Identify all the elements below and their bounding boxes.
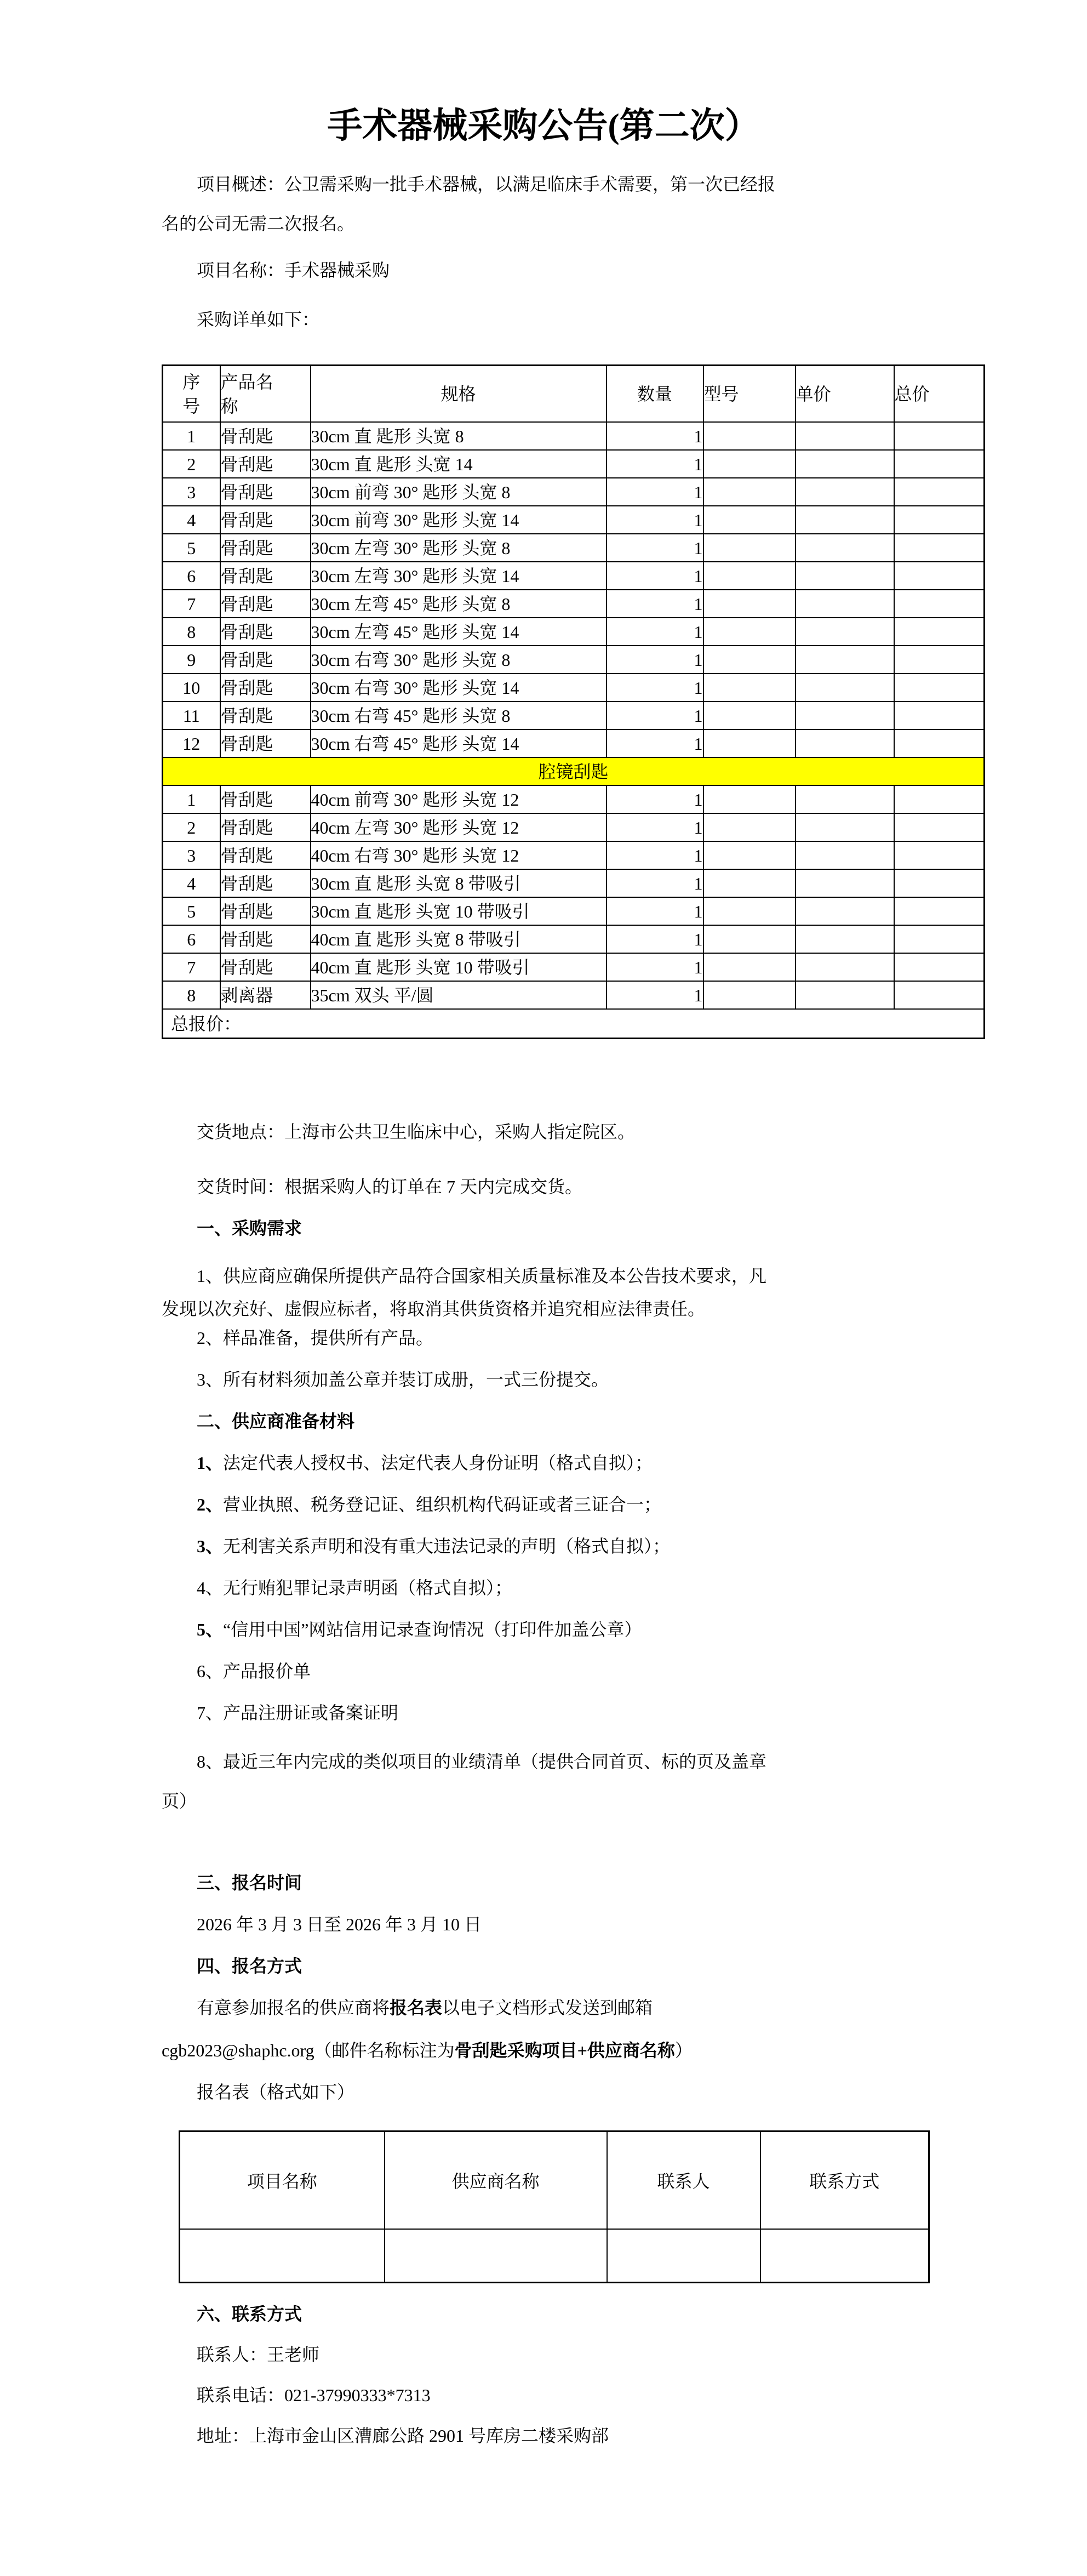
table-cell: [703, 953, 796, 981]
table-cell: [894, 953, 985, 981]
header-cell-unit-price: 单价: [796, 366, 894, 423]
table-cell: 剥离器: [220, 981, 311, 1009]
table-cell: 7: [163, 590, 220, 618]
header-cell-qty: 数量: [607, 366, 703, 423]
header-cell-no: 序 号: [163, 366, 220, 423]
table-cell: 30cm 左弯 30° 匙形 头宽 8: [311, 534, 607, 562]
table-cell: 30cm 直 匙形 头宽 14: [311, 450, 607, 478]
item-text-line1: 8、最近三年内完成的类似项目的业绩清单（提供合同首页、标的页及盖章: [197, 1752, 766, 1771]
header-cell-spec: 规格: [311, 366, 607, 423]
table-cell: [894, 590, 985, 618]
table-cell: [894, 422, 985, 450]
table-cell: 30cm 右弯 45° 匙形 头宽 14: [311, 730, 607, 757]
table-cell: 30cm 右弯 45° 匙形 头宽 8: [311, 702, 607, 730]
table-cell: 骨刮匙: [220, 674, 311, 702]
document-page: 手术器械采购公告(第二次） 项目概述：公卫需采购一批手术器械，以满足临床手术需要…: [0, 0, 1087, 2576]
table-cell: 5: [163, 534, 220, 562]
document-body: 项目概述：公卫需采购一批手术器械，以满足临床手术需要，第一次已经报名的公司无需二…: [0, 164, 1087, 2448]
table-cell: [894, 646, 985, 674]
section1-heading: 一、采购需求: [162, 1216, 983, 1241]
table-row: 6骨刮匙30cm 左弯 30° 匙形 头宽 141: [163, 562, 985, 590]
email-subject-emphasis: 骨刮匙采购项目+供应商名称: [455, 2041, 675, 2060]
instruction-text: 以电子文档形式发送到邮箱: [442, 1998, 653, 2018]
table-cell: 8: [163, 981, 220, 1009]
table-cell: [894, 478, 985, 506]
table-row: 8剥离器35cm 双头 平/圆1: [163, 981, 985, 1009]
table-cell: [796, 618, 894, 646]
table-cell: [894, 674, 985, 702]
item-text: 4、无行贿犯罪记录声明函（格式自拟）；: [197, 1578, 512, 1598]
signup-header-project: 项目名称: [180, 2132, 385, 2230]
table-cell: 1: [607, 841, 703, 869]
table-cell: [703, 562, 796, 590]
table-cell: [894, 702, 985, 730]
table-cell: [796, 646, 894, 674]
delivery-time: 交货时间：根据采购人的订单在 7 天内完成交货。: [162, 1174, 983, 1199]
table-cell: 5: [163, 897, 220, 925]
table-cell: 骨刮匙: [220, 785, 311, 813]
table-cell: [894, 897, 985, 925]
table-row: 5骨刮匙30cm 直 匙形 头宽 10 带吸引1: [163, 897, 985, 925]
table-row: 2骨刮匙30cm 直 匙形 头宽 141: [163, 450, 985, 478]
table-cell: [796, 478, 894, 506]
list-intro: 采购详单如下：: [162, 307, 983, 332]
table-cell: 1: [607, 422, 703, 450]
table-cell: 1: [607, 646, 703, 674]
table-cell: 40cm 直 匙形 头宽 10 带吸引: [311, 953, 607, 981]
table-cell: 30cm 左弯 30° 匙形 头宽 14: [311, 562, 607, 590]
table-cell: [796, 813, 894, 841]
table-row: 7骨刮匙30cm 左弯 45° 匙形 头宽 81: [163, 590, 985, 618]
table-row: 3骨刮匙30cm 前弯 30° 匙形 头宽 81: [163, 478, 985, 506]
table-row: 10骨刮匙30cm 右弯 30° 匙形 头宽 141: [163, 674, 985, 702]
table-section-2: 1骨刮匙40cm 前弯 30° 匙形 头宽 1212骨刮匙40cm 左弯 30°…: [163, 785, 985, 1009]
table-row: 6骨刮匙40cm 直 匙形 头宽 8 带吸引1: [163, 925, 985, 953]
section4-heading: 四、报名方式: [162, 1953, 983, 1979]
table-cell: [703, 730, 796, 757]
section2-item-5: 5、“信用中国”网站信用记录查询情况（打印件加盖公章）: [162, 1617, 983, 1642]
table-cell: 1: [607, 590, 703, 618]
table-cell: 骨刮匙: [220, 478, 311, 506]
table-cell: [703, 534, 796, 562]
table-cell: 骨刮匙: [220, 730, 311, 757]
signup-table-empty-row: [180, 2229, 929, 2283]
table-cell: [796, 450, 894, 478]
signup-table: 项目名称 供应商名称 联系人 联系方式: [179, 2130, 930, 2283]
table-cell: [703, 702, 796, 730]
table-cell: [703, 925, 796, 953]
table-cell: 骨刮匙: [220, 869, 311, 897]
table-cell: [703, 785, 796, 813]
section1-item1-line2: 发现以次充好、虚假应标者，将取消其供货资格并追究相应法律责任。: [162, 1299, 705, 1319]
section2-item-8: 8、最近三年内完成的类似项目的业绩清单（提供合同首页、标的页及盖章页）: [162, 1742, 983, 1821]
signup-empty-cell: [180, 2229, 385, 2283]
section2-item-3: 3、无利害关系声明和没有重大违法记录的声明（格式自拟）；: [162, 1534, 983, 1559]
table-row: 3骨刮匙40cm 右弯 30° 匙形 头宽 121: [163, 841, 985, 869]
table-cell: [703, 422, 796, 450]
table-cell: [796, 590, 894, 618]
item-text: 无利害关系声明和没有重大违法记录的声明（格式自拟）；: [223, 1536, 670, 1556]
table-row: 11骨刮匙30cm 右弯 45° 匙形 头宽 81: [163, 702, 985, 730]
project-overview-line1: 项目概述：公卫需采购一批手术器械，以满足临床手术需要，第一次已经报: [197, 174, 775, 194]
table-cell: [703, 646, 796, 674]
item-number: 5、: [197, 1620, 223, 1639]
table-cell: 骨刮匙: [220, 450, 311, 478]
table-cell: 2: [163, 813, 220, 841]
table-cell: [703, 897, 796, 925]
table-cell: 40cm 右弯 30° 匙形 头宽 12: [311, 841, 607, 869]
divider-label: 腔镜刮匙: [163, 757, 985, 785]
section1-item1: 1、供应商应确保所提供产品符合国家相关质量标准及本公告技术要求，凡发现以次充好、…: [162, 1259, 983, 1325]
signup-date-range: 2026 年 3 月 3 日至 2026 年 3 月 10 日: [162, 1912, 983, 1937]
section2-item-4: 4、无行贿犯罪记录声明函（格式自拟）；: [162, 1575, 983, 1600]
table-cell: [796, 841, 894, 869]
table-cell: [894, 841, 985, 869]
table-row: 4骨刮匙30cm 前弯 30° 匙形 头宽 141: [163, 506, 985, 534]
table-cell: 骨刮匙: [220, 813, 311, 841]
table-cell: 6: [163, 562, 220, 590]
table-cell: [894, 450, 985, 478]
table-cell: 3: [163, 478, 220, 506]
table-cell: 40cm 前弯 30° 匙形 头宽 12: [311, 785, 607, 813]
table-row: 7骨刮匙40cm 直 匙形 头宽 10 带吸引1: [163, 953, 985, 981]
table-row: 12骨刮匙30cm 右弯 45° 匙形 头宽 141: [163, 730, 985, 757]
table-row: 8骨刮匙30cm 左弯 45° 匙形 头宽 141: [163, 618, 985, 646]
table-cell: 骨刮匙: [220, 953, 311, 981]
table-cell: [894, 534, 985, 562]
table-cell: [796, 925, 894, 953]
table-cell: 30cm 直 匙形 头宽 8: [311, 422, 607, 450]
signup-email-line: cgb2023@shaphc.org（邮件名称标注为骨刮匙采购项目+供应商名称）: [162, 2038, 983, 2063]
section2-item-2: 2、营业执照、税务登记证、组织机构代码证或者三证合一；: [162, 1492, 983, 1517]
table-cell: 30cm 右弯 30° 匙形 头宽 14: [311, 674, 607, 702]
table-cell: 骨刮匙: [220, 897, 311, 925]
item-number: 2、: [197, 1495, 223, 1514]
table-cell: 骨刮匙: [220, 590, 311, 618]
table-cell: 1: [607, 730, 703, 757]
section2-item-7: 7、产品注册证或备案证明: [162, 1700, 983, 1725]
table-cell: 7: [163, 953, 220, 981]
table-cell: 40cm 左弯 30° 匙形 头宽 12: [311, 813, 607, 841]
table-row: 2骨刮匙40cm 左弯 30° 匙形 头宽 121: [163, 813, 985, 841]
table-cell: [894, 925, 985, 953]
table-cell: 骨刮匙: [220, 841, 311, 869]
contact-phone: 联系电话：021-37990333*7313: [162, 2383, 983, 2408]
item-text: 法定代表人授权书、法定代表人身份证明（格式自拟）；: [223, 1453, 653, 1473]
table-cell: [703, 450, 796, 478]
table-cell: 1: [607, 506, 703, 534]
table-cell: 1: [607, 981, 703, 1009]
signup-header-contact: 联系人: [607, 2132, 760, 2230]
table-cell: 1: [607, 618, 703, 646]
contact-address: 地址：上海市金山区漕廊公路 2901 号库房二楼采购部: [162, 2423, 983, 2448]
table-cell: [703, 590, 796, 618]
table-cell: 1: [607, 702, 703, 730]
project-overview: 项目概述：公卫需采购一批手术器械，以满足临床手术需要，第一次已经报名的公司无需二…: [162, 164, 983, 243]
table-row: 1骨刮匙30cm 直 匙形 头宽 81: [163, 422, 985, 450]
table-cell: [703, 674, 796, 702]
table-cell: 1: [607, 869, 703, 897]
table-cell: 骨刮匙: [220, 506, 311, 534]
table-cell: 40cm 直 匙形 头宽 8 带吸引: [311, 925, 607, 953]
item-number: 3、: [197, 1536, 223, 1556]
table-cell: [703, 869, 796, 897]
section6-heading: 六、联系方式: [162, 2301, 983, 2327]
table-cell: 骨刮匙: [220, 702, 311, 730]
table-cell: 1: [607, 953, 703, 981]
table-cell: 30cm 左弯 45° 匙形 头宽 14: [311, 618, 607, 646]
table-cell: [703, 506, 796, 534]
project-name: 项目名称：手术器械采购: [162, 258, 983, 283]
project-overview-line2: 名的公司无需二次报名。: [162, 214, 354, 233]
table-cell: [894, 730, 985, 757]
header-cell-model: 型号: [703, 366, 796, 423]
signup-empty-cell: [760, 2229, 929, 2283]
table-cell: [703, 813, 796, 841]
delivery-place: 交货地点：上海市公共卫生临床中心，采购人指定院区。: [162, 1119, 983, 1144]
table-cell: [703, 478, 796, 506]
table-total-row: 总报价：: [163, 1009, 985, 1039]
table-section-1: 1骨刮匙30cm 直 匙形 头宽 812骨刮匙30cm 直 匙形 头宽 1413…: [163, 422, 985, 757]
signup-header-supplier: 供应商名称: [385, 2132, 607, 2230]
table-cell: [703, 981, 796, 1009]
table-cell: [894, 981, 985, 1009]
table-cell: 4: [163, 869, 220, 897]
table-cell: 4: [163, 506, 220, 534]
table-cell: 1: [607, 450, 703, 478]
table-cell: 30cm 前弯 30° 匙形 头宽 8: [311, 478, 607, 506]
table-cell: 骨刮匙: [220, 618, 311, 646]
email-address-text: cgb2023@shaphc.org（邮件名称标注为: [162, 2041, 455, 2060]
section1-item2: 2、样品准备，提供所有产品。: [162, 1325, 983, 1350]
table-cell: [894, 618, 985, 646]
table-cell: [796, 562, 894, 590]
signup-header-contact-method: 联系方式: [760, 2132, 929, 2230]
section3-heading: 三、报名时间: [162, 1870, 983, 1895]
item-number: 1、: [197, 1453, 223, 1473]
table-cell: 3: [163, 841, 220, 869]
table-cell: [894, 785, 985, 813]
item-text: 6、产品报价单: [197, 1661, 311, 1681]
section2-item-1: 1、法定代表人授权书、法定代表人身份证明（格式自拟）；: [162, 1450, 983, 1475]
table-cell: 1: [607, 897, 703, 925]
table-divider-section: 腔镜刮匙: [163, 757, 985, 785]
item-text-line2: 页）: [162, 1791, 197, 1811]
table-cell: [796, 897, 894, 925]
table-cell: 11: [163, 702, 220, 730]
table-cell: [796, 506, 894, 534]
table-cell: 30cm 右弯 30° 匙形 头宽 8: [311, 646, 607, 674]
table-cell: 1: [607, 674, 703, 702]
table-cell: [703, 618, 796, 646]
table-cell: 1: [607, 785, 703, 813]
email-line-end: ）: [675, 2041, 693, 2060]
procurement-table: 序 号 产品名 称 规格 数量 型号 单价 总价 1骨刮匙30cm 直 匙形 头…: [162, 364, 985, 1039]
table-cell: [796, 674, 894, 702]
table-cell: [703, 841, 796, 869]
section2-item-6: 6、产品报价单: [162, 1659, 983, 1684]
table-total-section: 总报价：: [163, 1009, 985, 1039]
table-cell: [796, 702, 894, 730]
table-cell: 1: [607, 813, 703, 841]
header-cell-product: 产品名 称: [220, 366, 311, 423]
table-cell: [796, 785, 894, 813]
table-row: 1骨刮匙40cm 前弯 30° 匙形 头宽 121: [163, 785, 985, 813]
procurement-table-header-row: 序 号 产品名 称 规格 数量 型号 单价 总价: [163, 366, 985, 423]
signup-empty-cell: [607, 2229, 760, 2283]
table-cell: [796, 730, 894, 757]
table-cell: 30cm 前弯 30° 匙形 头宽 14: [311, 506, 607, 534]
table-cell: 9: [163, 646, 220, 674]
signup-instruction: 有意参加报名的供应商将报名表以电子文档形式发送到邮箱: [162, 1995, 983, 2020]
table-cell: 35cm 双头 平/圆: [311, 981, 607, 1009]
contact-person: 联系人：王老师: [162, 2342, 983, 2367]
section2-heading: 二、供应商准备材料: [162, 1409, 983, 1434]
section1-item3: 3、所有材料须加盖公章并装订成册，一式三份提交。: [162, 1367, 983, 1392]
signup-table-header-row: 项目名称 供应商名称 联系人 联系方式: [180, 2132, 929, 2230]
table-cell: 骨刮匙: [220, 562, 311, 590]
table-cell: 30cm 直 匙形 头宽 8 带吸引: [311, 869, 607, 897]
signup-empty-cell: [385, 2229, 607, 2283]
table-cell: 30cm 左弯 45° 匙形 头宽 8: [311, 590, 607, 618]
table-cell: 1: [163, 422, 220, 450]
table-cell: 1: [607, 562, 703, 590]
table-cell: [894, 562, 985, 590]
item-text: 7、产品注册证或备案证明: [197, 1703, 398, 1723]
table-cell: 30cm 直 匙形 头宽 10 带吸引: [311, 897, 607, 925]
table-cell: 1: [607, 925, 703, 953]
section1-item1-line1: 1、供应商应确保所提供产品符合国家相关质量标准及本公告技术要求，凡: [197, 1266, 766, 1286]
table-cell: 骨刮匙: [220, 925, 311, 953]
table-section-divider-row: 腔镜刮匙: [163, 757, 985, 785]
table-row: 5骨刮匙30cm 左弯 30° 匙形 头宽 81: [163, 534, 985, 562]
table-cell: [796, 981, 894, 1009]
table-cell: 骨刮匙: [220, 646, 311, 674]
table-row: 9骨刮匙30cm 右弯 30° 匙形 头宽 81: [163, 646, 985, 674]
table-cell: 12: [163, 730, 220, 757]
table-cell: [796, 869, 894, 897]
table-cell: [796, 953, 894, 981]
table-row: 4骨刮匙30cm 直 匙形 头宽 8 带吸引1: [163, 869, 985, 897]
table-cell: [894, 506, 985, 534]
item-text: “信用中国”网站信用记录查询情况（打印件加盖公章）: [223, 1620, 642, 1639]
table-cell: 1: [607, 478, 703, 506]
table-cell: 1: [163, 785, 220, 813]
table-cell: 1: [607, 534, 703, 562]
table-cell: 2: [163, 450, 220, 478]
table-cell: [796, 534, 894, 562]
signup-form-label: 报名表（格式如下）: [162, 2079, 983, 2105]
table-cell: 10: [163, 674, 220, 702]
signup-form-emphasis: 报名表: [390, 1998, 442, 2018]
table-cell: 骨刮匙: [220, 534, 311, 562]
total-price-label: 总报价：: [163, 1009, 985, 1039]
item-text: 营业执照、税务登记证、组织机构代码证或者三证合一；: [223, 1495, 661, 1514]
header-cell-total-price: 总价: [894, 366, 985, 423]
table-cell: 8: [163, 618, 220, 646]
table-cell: 6: [163, 925, 220, 953]
table-cell: [894, 869, 985, 897]
instruction-text: 有意参加报名的供应商将: [197, 1998, 390, 2018]
table-cell: [796, 422, 894, 450]
page-title: 手术器械采购公告(第二次）: [0, 99, 1087, 153]
table-cell: [894, 813, 985, 841]
table-cell: 骨刮匙: [220, 422, 311, 450]
